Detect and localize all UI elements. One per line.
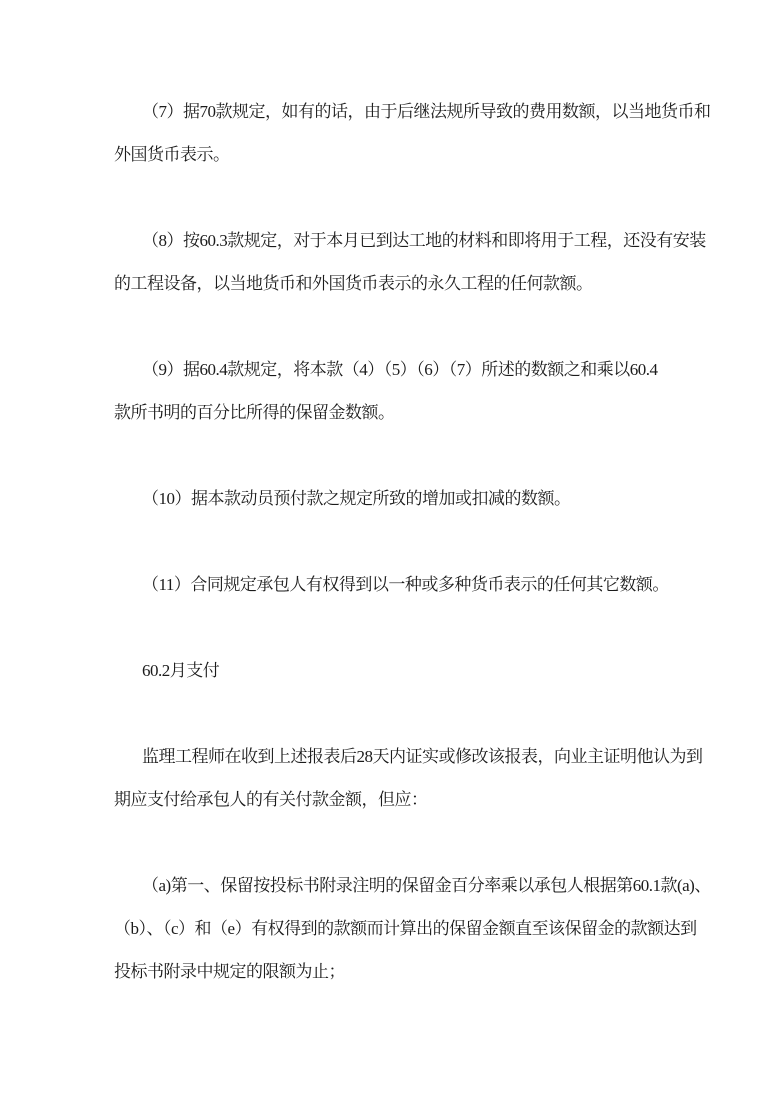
section-heading-60-2: 60.2月支付 <box>114 649 674 692</box>
text-line: 款所书明的百分比所得的保留金数额。 <box>114 391 674 434</box>
clause-item-10: （10）据本款动员预付款之规定所致的增加或扣减的数额。 <box>114 477 674 520</box>
clause-item-a: （a)第一、保留按投标书附录注明的保留金百分率乘以承包人根据第60.1款(a)、… <box>114 864 674 993</box>
text-line: （b）、（c）和（e）有权得到的款额而计算出的保留金额直至该保留金的款额达到 <box>114 907 674 950</box>
document-page: （7）据70款规定，如有的话，由于后继法规所导致的费用数额，以当地货币和 外国货… <box>0 0 774 1095</box>
clause-item-8: （8）按60.3款规定，对于本月已到达工地的材料和即将用于工程，还没有安装 的工… <box>114 219 674 305</box>
monthly-payment-intro: 监理工程师在收到上述报表后28天内证实或修改该报表，向业主证明他认为到 期应支付… <box>114 735 674 821</box>
text-line: （10）据本款动员预付款之规定所致的增加或扣减的数额。 <box>114 477 674 520</box>
text-line: 的工程设备，以当地货币和外国货币表示的永久工程的任何款额。 <box>114 262 674 305</box>
text-line: （9）据60.4款规定，将本款（4）（5）（6）（7）所述的数额之和乘以60.4 <box>114 348 674 391</box>
text-line: （7）据70款规定，如有的话，由于后继法规所导致的费用数额，以当地货币和 <box>114 90 674 133</box>
text-line: （8）按60.3款规定，对于本月已到达工地的材料和即将用于工程，还没有安装 <box>114 219 674 262</box>
text-line: 外国货币表示。 <box>114 133 674 176</box>
clause-item-11: （11）合同规定承包人有权得到以一种或多种货币表示的任何其它数额。 <box>114 563 674 606</box>
text-line: 期应支付给承包人的有关付款金额，但应： <box>114 778 674 821</box>
text-line: 监理工程师在收到上述报表后28天内证实或修改该报表，向业主证明他认为到 <box>114 735 674 778</box>
clause-item-9: （9）据60.4款规定，将本款（4）（5）（6）（7）所述的数额之和乘以60.4… <box>114 348 674 434</box>
text-line: （a)第一、保留按投标书附录注明的保留金百分率乘以承包人根据第60.1款(a)、 <box>114 864 674 907</box>
clause-item-7: （7）据70款规定，如有的话，由于后继法规所导致的费用数额，以当地货币和 外国货… <box>114 90 674 176</box>
section-heading-text: 60.2月支付 <box>114 649 674 692</box>
text-line: 投标书附录中规定的限额为止； <box>114 950 674 993</box>
text-line: （11）合同规定承包人有权得到以一种或多种货币表示的任何其它数额。 <box>114 563 674 606</box>
